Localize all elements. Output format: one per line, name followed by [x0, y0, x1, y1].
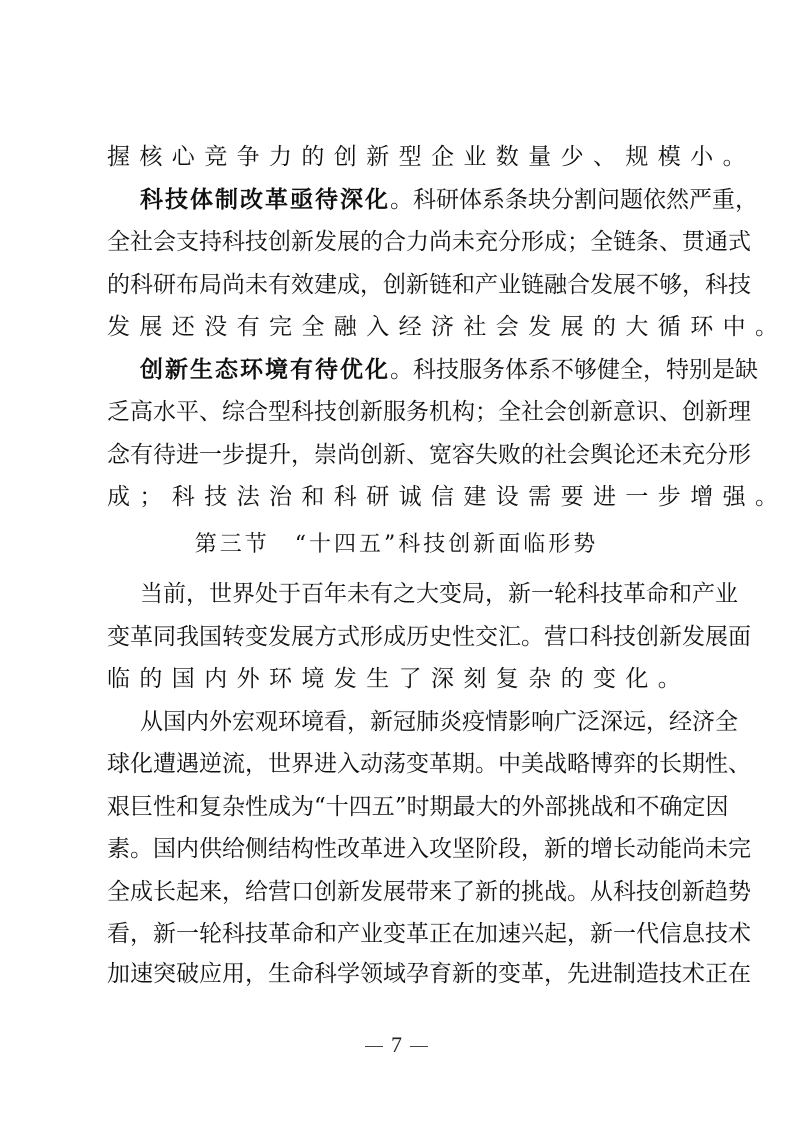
paragraph-heading: 创新生态环境有待优化	[140, 357, 390, 383]
paragraph-line: 的科研布局尚未有效建成，创新链和产业链融合发展不够，科技	[107, 268, 693, 302]
paragraph-line: 念有待进一步提升，崇尚创新、宽容失败的社会舆论还未充分形	[107, 438, 693, 472]
paragraph-text: 。科研体系条块分割问题依然严重，	[390, 187, 758, 213]
section-title: 第三节 “十四五”科技创新面临形势	[0, 528, 793, 562]
paragraph-line: 素。国内供给侧结构性改革进入攻坚阶段，新的增长动能尚未完	[107, 832, 693, 866]
paragraph-line: 全社会支持科技创新发展的合力尚未充分形成；全链条、贯通式	[107, 225, 693, 259]
dash-right	[410, 1046, 428, 1047]
paragraph-line: 临的国内外环境发生了深刻复杂的变化。	[107, 662, 693, 696]
paragraph-line: 艰巨性和复杂性成为“十四五”时期最大的外部挑战和不确定因	[107, 790, 693, 824]
paragraph-line: 创新生态环境有待优化。科技服务体系不够健全，特别是缺	[140, 353, 693, 387]
paragraph-line: 从国内外宏观环境看，新冠肺炎疫情影响广泛深远，经济全	[140, 705, 693, 739]
paragraph-line: 乏高水平、综合型科技创新服务机构；全社会创新意识、创新理	[107, 395, 693, 429]
paragraph-line: 全成长起来，给营口创新发展带来了新的挑战。从科技创新趋势	[107, 875, 693, 909]
paragraph-line: 变革同我国转变发展方式形成历史性交汇。营口科技创新发展面	[107, 620, 693, 654]
page-number: 7	[0, 1030, 793, 1060]
paragraph-heading: 科技体制改革亟待深化	[140, 187, 390, 213]
document-page: 握核心竞争力的创新型企业数量少、规模小。 科技体制改革亟待深化。科研体系条块分割…	[0, 0, 793, 1122]
paragraph-line: 当前，世界处于百年未有之大变局，新一轮科技革命和产业	[140, 577, 693, 611]
paragraph-text: 。科技服务体系不够健全，特别是缺	[390, 357, 758, 383]
paragraph-line: 成；科技法治和科研诚信建设需要进一步增强。	[107, 480, 693, 514]
paragraph-line: 握核心竞争力的创新型企业数量少、规模小。	[107, 140, 693, 174]
paragraph-line: 科技体制改革亟待深化。科研体系条块分割问题依然严重，	[140, 183, 693, 217]
dash-left	[365, 1046, 383, 1047]
page-number-value: 7	[391, 1032, 402, 1057]
paragraph-line: 发展还没有完全融入经济社会发展的大循环中。	[107, 310, 693, 344]
paragraph-line: 看，新一轮科技革命和产业变革正在加速兴起，新一代信息技术	[107, 917, 693, 951]
paragraph-line: 球化遭遇逆流，世界进入动荡变革期。中美战略博弈的长期性、	[107, 747, 693, 781]
paragraph-line: 加速突破应用，生命科学领域孕育新的变革，先进制造技术正在	[107, 957, 693, 991]
